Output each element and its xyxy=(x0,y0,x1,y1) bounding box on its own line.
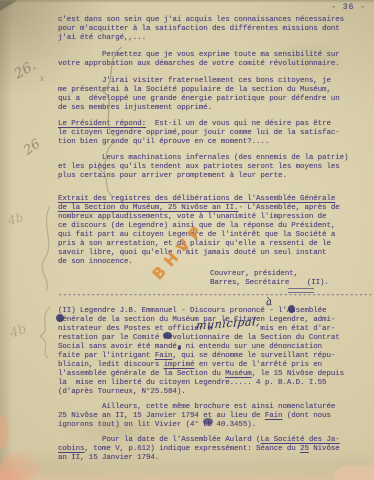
text-line: Social sans avoir été mandé, ni entendu … xyxy=(58,343,372,352)
text-line: Permettez que je vous exprime toute ma s… xyxy=(58,51,372,60)
text-line: blicain, ledit discours imprimé en vertu… xyxy=(58,361,372,370)
pencil-margin-mark: 4b xyxy=(8,322,29,342)
paragraph: J'irai visiter fraternellement ces bons … xyxy=(58,77,372,113)
paragraph: Ailleurs, cette même brochure est ainsi … xyxy=(58,403,372,430)
pencil-margin-mark: 4b xyxy=(6,210,24,227)
paragraph: Le Président répond: Est-il un de vous q… xyxy=(58,120,372,147)
text-line: savoir libre, quoi qu'elle n'ait jamais … xyxy=(58,249,372,258)
text-line: 25 Nivôse an II, 15 Janvier 1794 et au l… xyxy=(58,412,372,421)
text-line: l'assemblée générale de la Section du Mu… xyxy=(58,370,372,379)
ink-blot xyxy=(288,305,295,313)
text-line: plus certains pour arriver promptement à… xyxy=(58,172,372,181)
text-line: le citoyen Legendre opprimé,pour jouir c… xyxy=(58,129,372,138)
ink-blot xyxy=(56,314,64,322)
text-line: qui fait part au citoyen Legendre de l'i… xyxy=(58,231,372,240)
text-line: ignorons tout) on lit Vivier (4° Lb 40.3… xyxy=(58,421,372,430)
top-edge-shade xyxy=(0,0,374,3)
text-line: et les pièges qu'ils tendent aux patriot… xyxy=(58,163,372,172)
pencil-margin-mark: 26 xyxy=(21,137,43,159)
pencil-margin-mark: 26. xyxy=(11,58,38,83)
paragraph: Pour la date de l'Assemblée Aulard (La S… xyxy=(58,436,372,463)
text-line: de son innocence. xyxy=(58,258,372,267)
paragraph: Leurs machinations infernales (des ennem… xyxy=(58,154,372,181)
text-line: Extrait des registres des délibérations … xyxy=(58,195,372,204)
paragraph: Couvreur, président,Barres, Secrétaire (… xyxy=(210,270,372,288)
overstruck-dashes xyxy=(288,288,314,293)
pink-corner-patch xyxy=(0,450,42,480)
text-line: pris à son arrestation, et du plaisir qu… xyxy=(58,240,372,249)
text-line: restation par le Comité Révolutionnaire … xyxy=(58,334,372,343)
text-line: j'ai été chargé,,... xyxy=(58,34,372,43)
text-line: Ailleurs, cette même brochure est ainsi … xyxy=(58,403,372,412)
ink-blot xyxy=(203,418,213,425)
text-line: (d'après Tourneux, N°25.584). xyxy=(58,388,372,397)
pencil-brace xyxy=(42,206,50,291)
text-line: pour m'acquitter à la satisfaction des d… xyxy=(58,25,372,34)
pencil-brace xyxy=(40,307,50,358)
paragraph: ----------------------------------------… xyxy=(58,292,372,301)
text-line: an II, 15 Janvier 1794. xyxy=(58,454,372,463)
text-line: me présenterai à la Société populaire de… xyxy=(58,86,372,95)
pencil-margin-mark: x xyxy=(40,74,45,83)
text-line: J'irai visiter fraternellement ces bons … xyxy=(58,77,372,86)
ink-blot xyxy=(178,345,181,350)
pink-edge-patch xyxy=(0,416,8,448)
text-line: Pour la date de l'Assemblée Aulard (La S… xyxy=(58,436,372,445)
text-line: c'est dans son sein que j'ai acquis les … xyxy=(58,16,372,25)
text-line: de ses membres injustement opprimé. xyxy=(58,104,372,113)
text-line: qui a développé une grande énergie patri… xyxy=(58,95,372,104)
text-line: votre approbation aux démarches de votre… xyxy=(58,60,372,69)
ink-blot xyxy=(163,332,172,339)
page-number: - 36 - xyxy=(331,3,366,12)
text-line: Le Président répond: Est-il un de vous q… xyxy=(58,120,372,129)
text-line: de la Section du Muséum, 25 Nivôse an II… xyxy=(58,204,372,213)
text-line: tion bien grande qu'il éprouve en ce mom… xyxy=(58,138,372,147)
paragraph: Extrait des registres des délibérations … xyxy=(58,195,372,267)
scanned-page: - 36 - c'est dans son sein que j'ai acqu… xyxy=(0,0,374,480)
paragraph: Permettez que je vous exprime toute ma s… xyxy=(58,51,372,69)
text-line: cobins, tome V, p.612) indique expressém… xyxy=(58,445,372,454)
text-line: la mise en liberté du citoyen Legendre..… xyxy=(58,379,372,388)
text-line: Couvreur, président, xyxy=(210,270,372,279)
typewritten-text-column: c'est dans son sein que j'ai acquis les … xyxy=(58,16,372,471)
text-line: faite par l'intrigant Fain, qui se dénom… xyxy=(58,352,372,361)
text-line: Barres, Secrétaire (II). xyxy=(210,279,372,288)
text-line: Leurs machinations infernales (des ennem… xyxy=(58,154,372,163)
paragraph: c'est dans son sein que j'ai acquis les … xyxy=(58,16,372,43)
text-line: ----------------------------------------… xyxy=(58,292,372,301)
text-line: (II) Legendre J.B. Emmanuel - Discours p… xyxy=(58,307,372,316)
